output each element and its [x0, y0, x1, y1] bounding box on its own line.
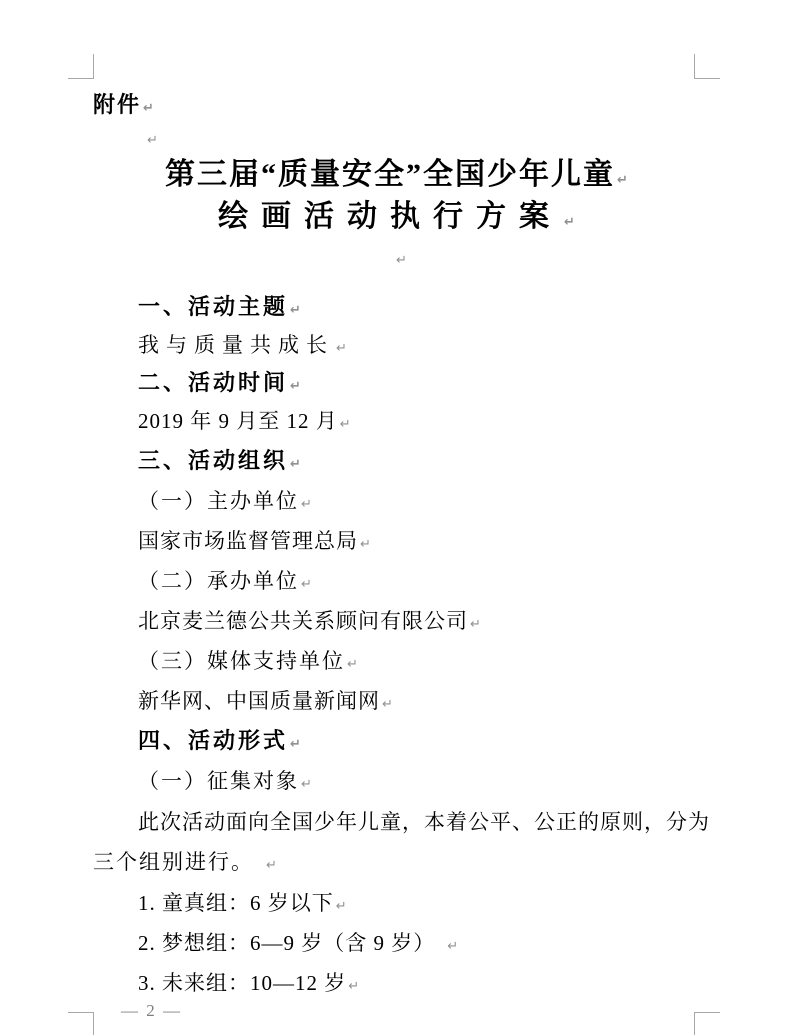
theme-text-line: 我与质量共成长↵ [138, 333, 347, 361]
paragraph-mark-icon: ↵ [301, 497, 312, 512]
paragraph-line-2: 三个组别进行。↵ [93, 850, 277, 878]
subheading-undertaker-text: （二）承办单位 [138, 569, 299, 593]
paragraph-mark-icon: ↵ [470, 617, 481, 632]
theme-text: 我与质量共成长 [138, 333, 334, 357]
organizer-name: 国家市场监督管理总局 [138, 529, 358, 553]
section-heading-1-text: 一、活动主题 [138, 294, 288, 319]
document-page: 附件↵ ↵ 第三届“质量安全”全国少年儿童↵ 绘画活动执行方案↵ ↵ 一、活动主… [0, 0, 793, 1035]
section-heading-4: 四、活动形式↵ [138, 729, 301, 757]
paragraph-mark-icon: ↵ [336, 899, 347, 914]
paragraph-mark-icon: ↵ [301, 577, 312, 592]
section-heading-2: 二、活动时间↵ [138, 371, 301, 399]
paragraph-mark-icon: ↵ [348, 979, 359, 994]
doc-title-line-2-wrap: 绘画活动执行方案↵ [0, 200, 793, 240]
section-heading-3-text: 三、活动组织 [138, 448, 288, 473]
undertaker-name-line: 北京麦兰德公共关系顾问有限公司↵ [138, 609, 481, 637]
paragraph-mark-icon: ↵ [396, 253, 407, 268]
paragraph-mark-icon: ↵ [266, 858, 277, 873]
section-heading-3: 三、活动组织↵ [138, 449, 301, 477]
paragraph-mark-icon: ↵ [360, 537, 371, 552]
paragraph-mark-icon: ↵ [290, 737, 301, 752]
subheading-organizer: （一）主办单位↵ [138, 489, 312, 517]
text-boundary-mark-bottom-left [68, 1012, 94, 1035]
doc-title-line-1-wrap: 第三届“质量安全”全国少年儿童↵ [0, 158, 793, 198]
time-range-text: 2019 年 9 月至 12 月 [138, 409, 338, 433]
paragraph-mark-icon: ↵ [290, 457, 301, 472]
text-boundary-mark-top-right [694, 54, 720, 79]
list-item-group-1-text: 1. 童真组：6 岁以下 [138, 891, 334, 915]
subheading-organizer-text: （一）主办单位 [138, 489, 299, 513]
paragraph-mark-icon: ↵ [147, 133, 158, 148]
paragraph-mark-icon: ↵ [347, 657, 358, 672]
paragraph-line-1-text: 此次活动面向全国少年儿童，本着公平、公正的原则，分为 [138, 810, 710, 834]
paragraph-mark-icon: ↵ [382, 697, 393, 712]
undertaker-name: 北京麦兰德公共关系顾问有限公司 [138, 609, 468, 633]
subheading-undertaker: （二）承办单位↵ [138, 569, 312, 597]
doc-title-line-1: 第三届“质量安全”全国少年儿童 [165, 158, 615, 191]
attachment-label-line: 附件↵ [93, 88, 154, 119]
paragraph-mark-icon: ↵ [447, 939, 458, 954]
doc-title-line-2: 绘画活动执行方案 [218, 200, 562, 233]
attachment-label: 附件 [93, 92, 141, 117]
paragraph-line-1: 此次活动面向全国少年儿童，本着公平、公正的原则，分为 [138, 810, 710, 834]
section-heading-1: 一、活动主题↵ [138, 295, 301, 323]
paragraph-mark-icon: ↵ [301, 777, 312, 792]
paragraph-mark-icon: ↵ [290, 303, 301, 318]
paragraph-mark-icon: ↵ [290, 379, 301, 394]
subheading-media-support-text: （三）媒体支持单位 [138, 649, 345, 673]
list-item-group-2: 2. 梦想组：6—9 岁（含 9 岁）↵ [138, 931, 458, 959]
paragraph-mark-icon: ↵ [143, 101, 154, 116]
section-heading-4-text: 四、活动形式 [138, 728, 288, 753]
media-support-names: 新华网、中国质量新闻网 [138, 689, 380, 713]
subheading-media-support: （三）媒体支持单位↵ [138, 649, 358, 677]
list-item-group-3: 3. 未来组：10—12 岁↵ [138, 971, 359, 999]
section-heading-2-text: 二、活动时间 [138, 370, 288, 395]
paragraph-mark-icon: ↵ [564, 215, 575, 230]
paragraph-mark-icon: ↵ [617, 173, 628, 188]
list-item-group-1: 1. 童真组：6 岁以下↵ [138, 891, 347, 919]
text-boundary-mark-bottom-right [694, 1012, 720, 1035]
list-item-group-3-text: 3. 未来组：10—12 岁 [138, 971, 346, 995]
subheading-collection-target: （一）征集对象↵ [138, 769, 312, 797]
organizer-name-line: 国家市场监督管理总局↵ [138, 529, 371, 557]
text-boundary-mark-top-left [68, 54, 94, 79]
paragraph-mark-icon: ↵ [340, 417, 351, 432]
list-item-group-2-text: 2. 梦想组：6—9 岁（含 9 岁） [138, 931, 435, 955]
subheading-collection-target-text: （一）征集对象 [138, 769, 299, 793]
time-range-line: 2019 年 9 月至 12 月↵ [138, 409, 351, 437]
paragraph-mark-icon: ↵ [336, 341, 347, 356]
paragraph-line-2-text: 三个组别进行。 [93, 850, 254, 874]
media-support-names-line: 新华网、中国质量新闻网↵ [138, 689, 393, 717]
page-number: — 2 — [121, 1001, 182, 1021]
